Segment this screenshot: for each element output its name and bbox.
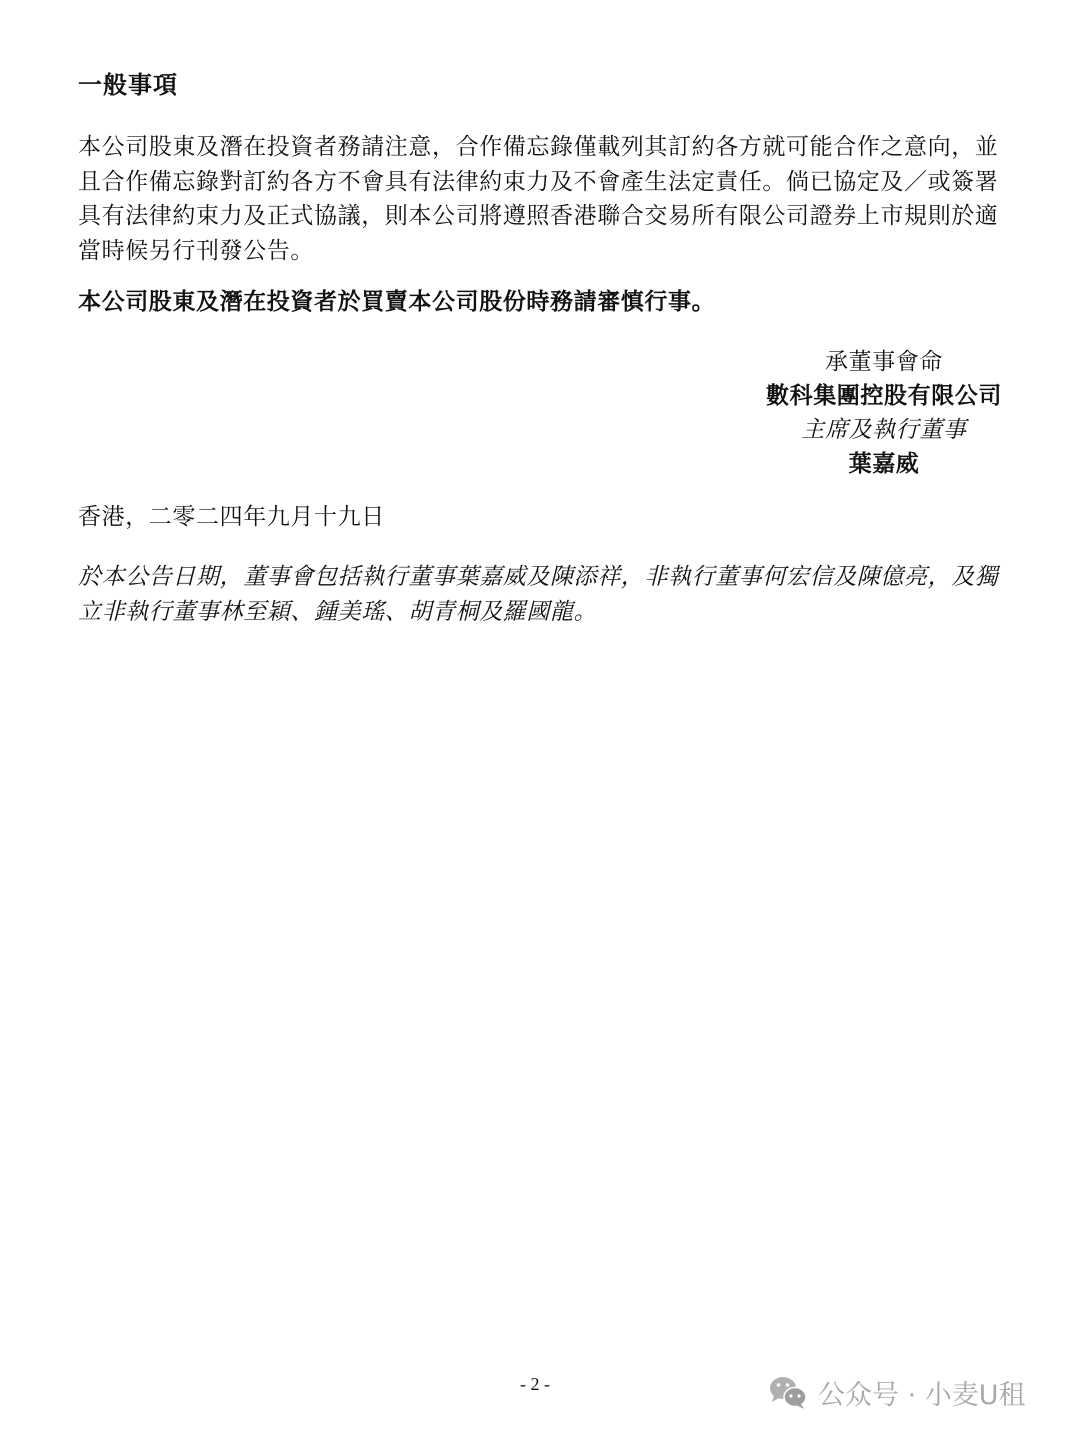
mou-notice-paragraph: 本公司股東及潛在投資者務請注意，合作備忘錄僅載列其訂約各方就可能合作之意向，並且…: [78, 130, 1008, 268]
signature-block: 承董事會命 數科集團控股有限公司 主席及執行董事 葉嘉威: [740, 345, 1028, 481]
watermark-text: 公众号 · 小麦U租: [818, 1373, 1026, 1412]
watermark: 公众号 · 小麦U租: [768, 1370, 1026, 1414]
section-heading: 一般事項: [78, 70, 178, 102]
document-page: 一般事項 本公司股東及潛在投資者務請注意，合作備忘錄僅載列其訂約各方就可能合作之…: [0, 0, 1080, 1440]
by-order-line: 承董事會命: [740, 345, 1028, 379]
caution-warning-paragraph: 本公司股東及潛在投資者於買賣本公司股份時務請審慎行事。: [78, 285, 1008, 320]
place-date: 香港，二零二四年九月十九日: [78, 500, 385, 534]
signatory-name: 葉嘉威: [740, 447, 1028, 481]
page-number: - 2 -: [520, 1372, 550, 1396]
company-name: 數科集團控股有限公司: [740, 379, 1028, 413]
board-composition-note: 於本公告日期，董事會包括執行董事葉嘉威及陳添祥，非執行董事何宏信及陳億亮，及獨立…: [78, 560, 1008, 629]
wechat-icon: [768, 1374, 808, 1410]
signatory-title: 主席及執行董事: [740, 413, 1028, 447]
